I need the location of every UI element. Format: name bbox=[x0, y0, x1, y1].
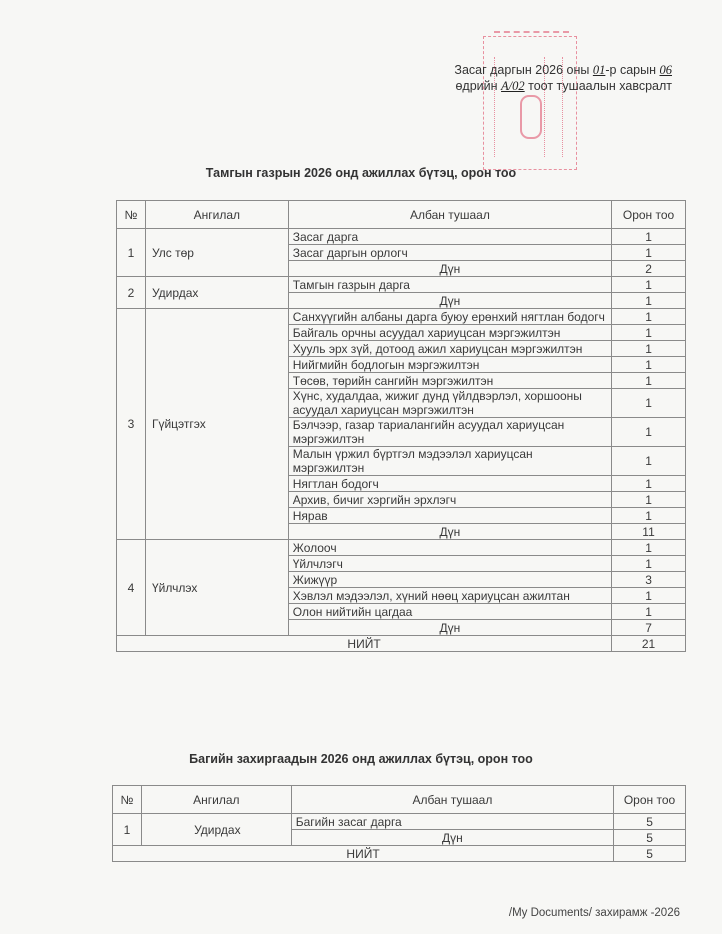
row-number: 3 bbox=[117, 309, 146, 540]
position-name: Нярав bbox=[288, 508, 611, 524]
position-count: 3 bbox=[612, 572, 686, 588]
header-number: № bbox=[117, 201, 146, 229]
row-number: 1 bbox=[113, 814, 142, 846]
position-name: Жолооч bbox=[288, 540, 611, 556]
position-count: 1 bbox=[612, 556, 686, 572]
header-position: Албан тушаал bbox=[291, 786, 613, 814]
position-count: 1 bbox=[612, 508, 686, 524]
subtotal-label: Дүн bbox=[288, 261, 611, 277]
footer-path: /My Documents/ захирамж -2026 bbox=[509, 907, 680, 919]
position-count: 5 bbox=[614, 814, 686, 830]
subtotal-label: Дүн bbox=[291, 830, 613, 846]
position-count: 1 bbox=[612, 588, 686, 604]
position-name: Архив, бичиг хэргийн эрхлэгч bbox=[288, 492, 611, 508]
table-row: 1УдирдахБагийн засаг дарга5 bbox=[113, 814, 686, 830]
total-label: НИЙТ bbox=[113, 846, 614, 862]
row-number: 2 bbox=[117, 277, 146, 309]
row-category: Үйлчлэх bbox=[145, 540, 288, 636]
subtotal-value: 7 bbox=[612, 620, 686, 636]
header-position: Албан тушаал bbox=[288, 201, 611, 229]
table-row: 2УдирдахТамгын газрын дарга1 bbox=[117, 277, 686, 293]
table-row: 1Улс төрЗасаг дарга1 bbox=[117, 229, 686, 245]
position-name: Байгаль орчны асуудал хариуцсан мэргэжил… bbox=[288, 325, 611, 341]
table-row: 4ҮйлчлэхЖолооч1 bbox=[117, 540, 686, 556]
subtotal-value: 5 bbox=[614, 830, 686, 846]
position-count: 1 bbox=[612, 476, 686, 492]
total-value: 5 bbox=[614, 846, 686, 862]
position-count: 1 bbox=[612, 309, 686, 325]
subtotal-label: Дүн bbox=[288, 620, 611, 636]
position-count: 1 bbox=[612, 373, 686, 389]
subtotal-label: Дүн bbox=[288, 524, 611, 540]
position-name: Төсөв, төрийн сангийн мэргэжилтэн bbox=[288, 373, 611, 389]
stamp-emblem-icon bbox=[520, 95, 542, 139]
position-count: 1 bbox=[612, 389, 686, 418]
position-count: 1 bbox=[612, 229, 686, 245]
row-number: 4 bbox=[117, 540, 146, 636]
position-name: Засаг дарга bbox=[288, 229, 611, 245]
position-count: 1 bbox=[612, 447, 686, 476]
position-count: 1 bbox=[612, 604, 686, 620]
header-count: Орон тоо bbox=[614, 786, 686, 814]
position-name: Олон нийтийн цагдаа bbox=[288, 604, 611, 620]
subtotal-value: 2 bbox=[612, 261, 686, 277]
stamp-border-line bbox=[494, 31, 569, 33]
staffing-table-bag: № Ангилал Албан тушаал Орон тоо 1Удирдах… bbox=[112, 785, 686, 862]
position-name: Үйлчлэгч bbox=[288, 556, 611, 572]
position-name: Бэлчээр, газар тариалангийн асуудал хари… bbox=[288, 418, 611, 447]
header-category: Ангилал bbox=[141, 786, 291, 814]
header-count: Орон тоо bbox=[612, 201, 686, 229]
table-header-row: № Ангилал Албан тушаал Орон тоо bbox=[117, 201, 686, 229]
annex-line-1: Засаг даргын 2026 оны 01-р сарын 06 bbox=[454, 62, 672, 78]
header-category: Ангилал bbox=[145, 201, 288, 229]
position-count: 1 bbox=[612, 540, 686, 556]
position-name: Нийгмийн бодлогын мэргэжилтэн bbox=[288, 357, 611, 373]
table2-body: 1УдирдахБагийн засаг дарга5Дүн5НИЙТ5 bbox=[113, 814, 686, 862]
position-name: Малын үржил бүртгэл мэдээлэл хариуцсан м… bbox=[288, 447, 611, 476]
table2-title: Багийн захиргаадын 2026 онд ажиллах бүтэ… bbox=[0, 752, 722, 766]
annex-reference: Засаг даргын 2026 оны 01-р сарын 06 өдри… bbox=[454, 62, 672, 94]
total-row: НИЙТ21 bbox=[117, 636, 686, 652]
subtotal-value: 11 bbox=[612, 524, 686, 540]
staffing-table-office: № Ангилал Албан тушаал Орон тоо 1Улс төр… bbox=[116, 200, 686, 652]
row-category: Удирдах bbox=[141, 814, 291, 846]
handwritten-day: 06 bbox=[660, 63, 673, 77]
position-count: 1 bbox=[612, 492, 686, 508]
subtotal-value: 1 bbox=[612, 293, 686, 309]
position-name: Хэвлэл мэдээлэл, хүний нөөц хариуцсан аж… bbox=[288, 588, 611, 604]
subtotal-label: Дүн bbox=[288, 293, 611, 309]
table1-body: 1Улс төрЗасаг дарга1Засаг даргын орлогч1… bbox=[117, 229, 686, 652]
total-label: НИЙТ bbox=[117, 636, 612, 652]
position-count: 1 bbox=[612, 277, 686, 293]
row-number: 1 bbox=[117, 229, 146, 277]
row-category: Улс төр bbox=[145, 229, 288, 277]
position-name: Жижүүр bbox=[288, 572, 611, 588]
row-category: Удирдах bbox=[145, 277, 288, 309]
table-row: 3ГүйцэтгэхСанхүүгийн албаны дарга буюу е… bbox=[117, 309, 686, 325]
position-count: 1 bbox=[612, 245, 686, 261]
row-category: Гүйцэтгэх bbox=[145, 309, 288, 540]
position-name: Хууль эрх зүй, дотоод ажил хариуцсан мэр… bbox=[288, 341, 611, 357]
position-name: Нягтлан бодогч bbox=[288, 476, 611, 492]
position-count: 1 bbox=[612, 325, 686, 341]
handwritten-month: 01 bbox=[593, 63, 606, 77]
position-name: Тамгын газрын дарга bbox=[288, 277, 611, 293]
position-name: Багийн засаг дарга bbox=[291, 814, 613, 830]
position-name: Засаг даргын орлогч bbox=[288, 245, 611, 261]
handwritten-order-number: А/02 bbox=[501, 79, 525, 93]
table1-title: Тамгын газрын 2026 онд ажиллах бүтэц, ор… bbox=[0, 166, 722, 180]
position-count: 1 bbox=[612, 357, 686, 373]
position-name: Хүнс, худалдаа, жижиг дунд үйлдвэрлэл, х… bbox=[288, 389, 611, 418]
total-value: 21 bbox=[612, 636, 686, 652]
annex-line-2: өдрийн А/02 тоот тушаалын хавсралт bbox=[454, 78, 672, 94]
table-header-row: № Ангилал Албан тушаал Орон тоо bbox=[113, 786, 686, 814]
total-row: НИЙТ5 bbox=[113, 846, 686, 862]
position-count: 1 bbox=[612, 418, 686, 447]
official-stamp bbox=[483, 36, 577, 170]
header-number: № bbox=[113, 786, 142, 814]
position-count: 1 bbox=[612, 341, 686, 357]
position-name: Санхүүгийн албаны дарга буюу ерөнхий няг… bbox=[288, 309, 611, 325]
